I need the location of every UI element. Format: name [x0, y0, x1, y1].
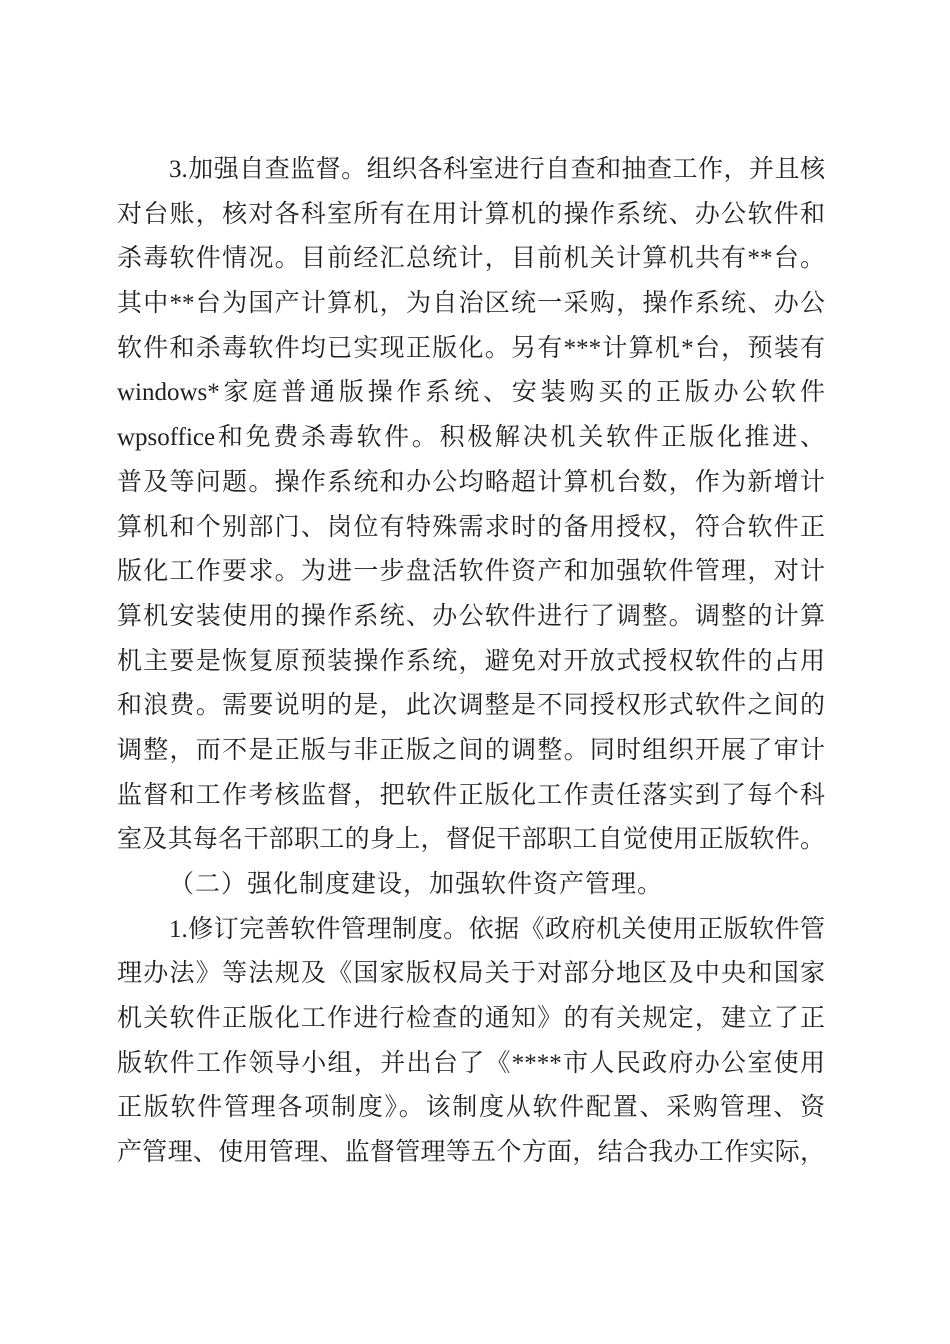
text-line: 普及等问题。操作系统和办公均略超计算机台数，作为新增计: [117, 461, 825, 506]
text-line: 对台账，核对各科室所有在用计算机的操作系统、办公软件和: [117, 193, 825, 238]
document-page: 3.加强自查监督。组织各科室进行自查和抽查工作，并且核 对台账，核对各科室所有在…: [0, 0, 950, 1344]
text-line: 算机安装使用的操作系统、办公软件进行了调整。调整的计算: [117, 595, 825, 640]
text-line: 产管理、使用管理、监督管理等五个方面，结合我办工作实际，: [117, 1131, 825, 1176]
text-line: 室及其每名干部职工的身上，督促干部职工自觉使用正版软件。: [117, 818, 825, 863]
text-line: 版软件工作领导小组，并出台了《****市人民政府办公室使用: [117, 1042, 825, 1087]
text-line: 其中**台为国产计算机，为自治区统一采购，操作系统、办公: [117, 282, 825, 327]
text-line: 杀毒软件情况。目前经汇总统计，目前机关计算机共有**台。: [117, 237, 825, 282]
text-line: 3.加强自查监督。组织各科室进行自查和抽查工作，并且核: [117, 148, 825, 193]
text-line: 正版软件管理各项制度》。该制度从软件配置、采购管理、资: [117, 1086, 825, 1131]
text-line: 版化工作要求。为进一步盘活软件资产和加强软件管理，对计: [117, 550, 825, 595]
text-line: 算机和个别部门、岗位有特殊需求时的备用授权，符合软件正: [117, 506, 825, 551]
section-heading: （二）强化制度建设，加强软件资产管理。: [117, 863, 825, 908]
text-line: 和浪费。需要说明的是，此次调整是不同授权形式软件之间的: [117, 684, 825, 729]
text-line: 机主要是恢复原预装操作系统，避免对开放式授权软件的占用: [117, 640, 825, 685]
text-line: 软件和杀毒软件均已实现正版化。另有***计算机*台，预装有: [117, 327, 825, 372]
text-line: 监督和工作考核监督，把软件正版化工作责任落实到了每个科: [117, 774, 825, 819]
text-line: 理办法》等法规及《国家版权局关于对部分地区及中央和国家: [117, 952, 825, 997]
document-text: 3.加强自查监督。组织各科室进行自查和抽查工作，并且核 对台账，核对各科室所有在…: [117, 148, 825, 1176]
text-line: 调整，而不是正版与非正版之间的调整。同时组织开展了审计: [117, 729, 825, 774]
text-line: windows*家庭普通版操作系统、安装购买的正版办公软件: [117, 371, 825, 416]
text-line: wpsoffice和免费杀毒软件。积极解决机关软件正版化推进、: [117, 416, 825, 461]
text-line: 机关软件正版化工作进行检查的通知》的有关规定，建立了正: [117, 997, 825, 1042]
text-line: 1.修订完善软件管理制度。依据《政府机关使用正版软件管: [117, 908, 825, 953]
